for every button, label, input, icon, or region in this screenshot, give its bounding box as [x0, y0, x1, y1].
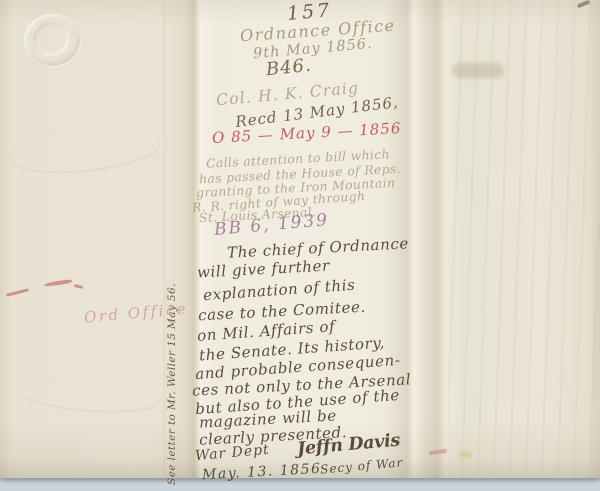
document-scan: 157 Ordnance Office 9th May 1856. B46. C… — [0, 0, 600, 491]
paper-wrinkle — [8, 122, 161, 177]
red-ink-mark — [429, 449, 447, 455]
signature-title: Secy of War — [320, 456, 404, 475]
pencil-smudge — [452, 63, 504, 78]
file-mark: B46. — [265, 57, 312, 80]
embossed-seal-icon — [24, 14, 80, 66]
red-ink-mark — [44, 279, 72, 287]
paper-wrinkle — [19, 375, 161, 415]
red-ink-mark — [74, 284, 83, 289]
endorsement-line: will give further — [197, 259, 330, 281]
wax-smudge — [459, 451, 472, 458]
folded-letter-paper: 157 Ordnance Office 9th May 1856. B46. C… — [0, 0, 600, 478]
red-ink-mark — [6, 288, 29, 296]
desk-background — [0, 476, 600, 491]
